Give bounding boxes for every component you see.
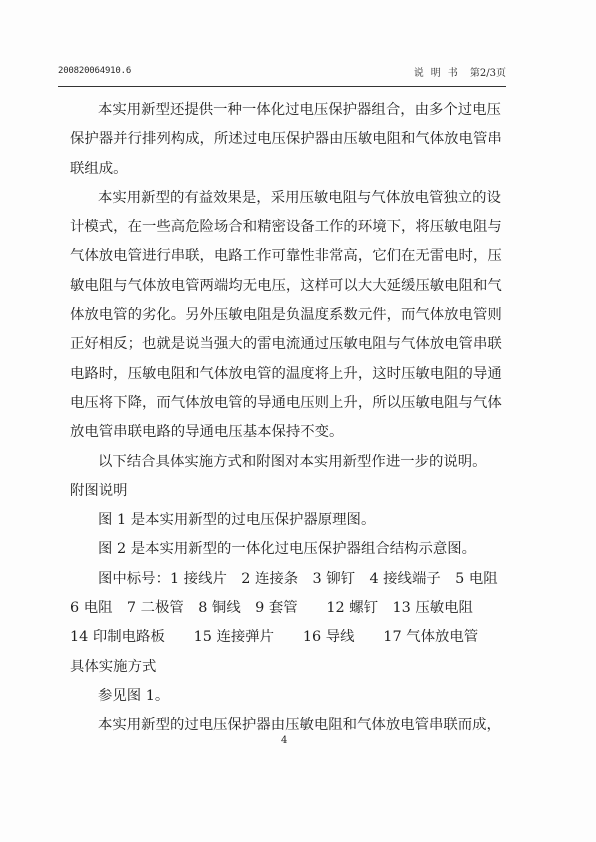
reference-labels-line: 6 电阻 7 二极管 8 铜线 9 套管 12 螺钉 13 压敏电阻	[70, 594, 500, 623]
page-indicator: 第2/3页	[470, 68, 506, 79]
text-line: 以下结合具体实施方式和附图对本实用新型作进一步的说明。	[70, 448, 500, 477]
text-line: 正好相反；也就是说当强大的雷电流通过压敏电阻与气体放电管串联	[70, 330, 500, 359]
reference-labels-line: 14 印制电路板 15 连接弹片 16 导线 17 气体放电管	[70, 623, 500, 652]
header-right: 说明书 第2/3页	[414, 64, 506, 79]
text-line: 体放电管的劣化。另外压敏电阻是负温度系数元件，而气体放电管则	[70, 301, 500, 330]
text-line: 电压将下降，而气体放电管的导通电压则上升，所以压敏电阻与气体	[70, 389, 500, 418]
header-divider	[58, 86, 506, 87]
document-body: 本实用新型还提供一种一体化过电压保护器组合，由多个过电压 保护器并行排列构成，所…	[70, 96, 500, 741]
text-line: 敏电阻与气体放电管两端均无电压，这样可以大大延缓压敏电阻和气	[70, 272, 500, 301]
section-heading-embodiment: 具体实施方式	[70, 653, 500, 682]
text-line: 图 2 是本实用新型的一体化过电压保护器组合结构示意图。	[70, 535, 500, 564]
text-line: 保护器并行排列构成，所述过电压保护器由压敏电阻和气体放电管串	[70, 125, 500, 154]
text-line: 电路时，压敏电阻和气体放电管的温度将上升，这时压敏电阻的导通	[70, 360, 500, 389]
text-line: 放电管串联电路的导通电压基本保持不变。	[70, 418, 500, 447]
text-line: 气体放电管进行串联，电路工作可靠性非常高，它们在无雷电时，压	[70, 242, 500, 271]
scan-artifact	[38, 2, 102, 40]
text-line: 图 1 是本实用新型的过电压保护器原理图。	[70, 506, 500, 535]
text-line: 计模式，在一些高危险场合和精密设备工作的环境下，将压敏电阻与	[70, 213, 500, 242]
reference-labels-line: 图中标号：1 接线片 2 连接条 3 铆钉 4 接线端子 5 电阻	[70, 565, 500, 594]
page-header: 200820064910.6 说明书 第2/3页	[58, 64, 506, 88]
page-number: 4	[281, 735, 287, 746]
document-type: 说明书	[414, 68, 465, 79]
text-line: 联组成。	[70, 155, 500, 184]
text-line: 本实用新型的有益效果是，采用压敏电阻与气体放电管独立的设	[70, 184, 500, 213]
patent-number: 200820064910.6	[58, 66, 131, 76]
text-line: 参见图 1。	[70, 682, 500, 711]
text-line: 本实用新型还提供一种一体化过电压保护器组合，由多个过电压	[70, 96, 500, 125]
section-heading-drawings: 附图说明	[70, 477, 500, 506]
